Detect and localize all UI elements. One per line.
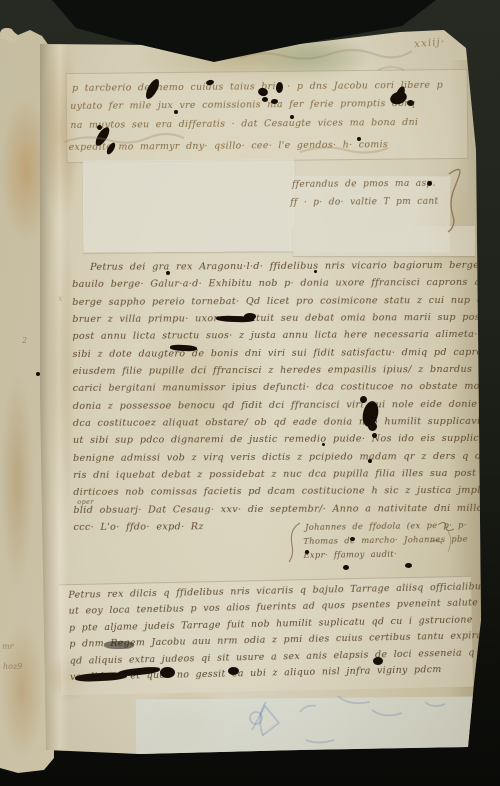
ink-blot [372, 433, 377, 438]
ink-blot [343, 565, 349, 570]
ink-blot [160, 667, 175, 678]
manuscript-line: Petrus dei gra rex Aragonu·l·d· ffidelib… [90, 259, 500, 272]
manuscript-line: bauilo berge· Galur·a·d· Exhibitu nob p·… [72, 277, 500, 290]
manuscript-line: ff · p· do· valtie T pm cant [290, 197, 438, 208]
ink-blot [360, 396, 367, 403]
page-corner-nub [8, 35, 18, 43]
ink-blot [244, 313, 256, 320]
signature-block: Johannes de ffodola (ex pe p· p· Thomas … [300, 517, 469, 571]
manuscript-line: ris dni iquebat debat z possidebat z nuc… [73, 468, 500, 481]
ink-blot [405, 563, 412, 568]
manuscript-line: sibi z dote daugtero de bonis dni viri s… [72, 347, 500, 360]
signature-line: Thomas de marcho· Johannes pbe [303, 534, 468, 546]
ink-blot [262, 97, 268, 102]
ink-blot [104, 641, 134, 649]
ink-blot [427, 181, 432, 186]
ink-blot [368, 459, 372, 463]
signature-line: Johannes de ffodola (ex pe p· p· [305, 520, 467, 532]
superscript-correction: oper [77, 498, 93, 506]
edge-fragment: mr [2, 642, 13, 651]
manuscript-line: carici bergitani manumissor ipius defunc… [73, 381, 500, 394]
ink-blot [350, 537, 355, 541]
manuscript-line: bruer z villa primpu· uxor constituit se… [72, 311, 500, 324]
manuscript-line: na muytos seu era differatis · dat Cesau… [70, 117, 418, 131]
manuscript-line: dirticoes nob comissas facietis pd dcam … [73, 485, 487, 498]
ink-blot [228, 667, 239, 675]
stain [0, 370, 34, 590]
ink-blot [373, 657, 383, 665]
manuscript-line: blid obsuarj· Dat Cesaug· xxv· die septe… [73, 503, 482, 516]
ink-blot [357, 137, 361, 141]
folio-number: xxiij· [414, 36, 446, 51]
manuscript-line: donia z possessoe benocu qd fidit dci ff… [73, 399, 478, 412]
signature-line: Expr· ffamoy audit· [303, 549, 397, 560]
margin-mark: x [58, 294, 63, 303]
pasted-slip-blank-right [293, 226, 475, 256]
watermark-sketch [250, 696, 445, 743]
ink-blot [271, 99, 278, 104]
ink-blot [97, 125, 102, 130]
ink-blot [368, 422, 377, 431]
manuscript-page: xxiij· p tarcberio de nemo cuidus taius … [0, 0, 500, 786]
manuscript-line: ut sibi sup pdco dignaremi de justic rem… [73, 433, 500, 446]
ink-blot [290, 115, 294, 119]
manuscript-line: benigne admissi vob z virq veris dictis … [73, 451, 500, 464]
ink-blot [314, 270, 317, 273]
entry1-block: p tarcberio de nemo cuidus taius bris · … [66, 74, 469, 162]
ink-blot [36, 372, 40, 376]
manuscript-line: ut eoy loca tenetibus p vos alios fuerin… [69, 597, 500, 617]
ink-blot [407, 100, 414, 106]
pasted-slip-bottom [136, 697, 481, 760]
manuscript-line: ccc· L'o· ffdo· expd· Rz [73, 521, 203, 533]
stain [0, 620, 44, 760]
manuscript-line: expedite mo marmyr dny· qsillo· cee· l'e… [69, 139, 389, 153]
main-entry-block: Petrus dei gra rex Aragonu·l·d· ffidelib… [64, 254, 485, 536]
manuscript-line: eiusdem filie pupille dci ffrancisci z h… [73, 363, 500, 376]
ink-blot [174, 110, 178, 114]
edge-fragment: hoz9 [3, 662, 22, 671]
registrar-note-block: fferandus de pmos ma asp. ff · p· do· va… [289, 175, 459, 222]
ink-blot [305, 550, 309, 554]
stain [134, 688, 239, 756]
pasted-slip-blank-left [83, 159, 296, 252]
manuscript-line: dca costitucoez aliquat obstare/ ob qd e… [73, 416, 485, 429]
ink-blot [166, 271, 170, 275]
manuscript-line: berge sappho pereio tornebat· Qd licet p… [72, 295, 498, 308]
manuscript-line: post annu licta structu suos· z justa an… [72, 329, 500, 342]
ink-blot [322, 443, 325, 446]
manuscript-line: fferandus de pmos ma asp. [292, 179, 436, 190]
manuscript-photo: mr hoz9 2 xxiij· p tarcberio de nemo cui… [0, 0, 500, 786]
manuscript-line: uytato fer mile jux vre comissionis nia … [70, 98, 415, 112]
edge-fragment: 2 [22, 336, 27, 345]
